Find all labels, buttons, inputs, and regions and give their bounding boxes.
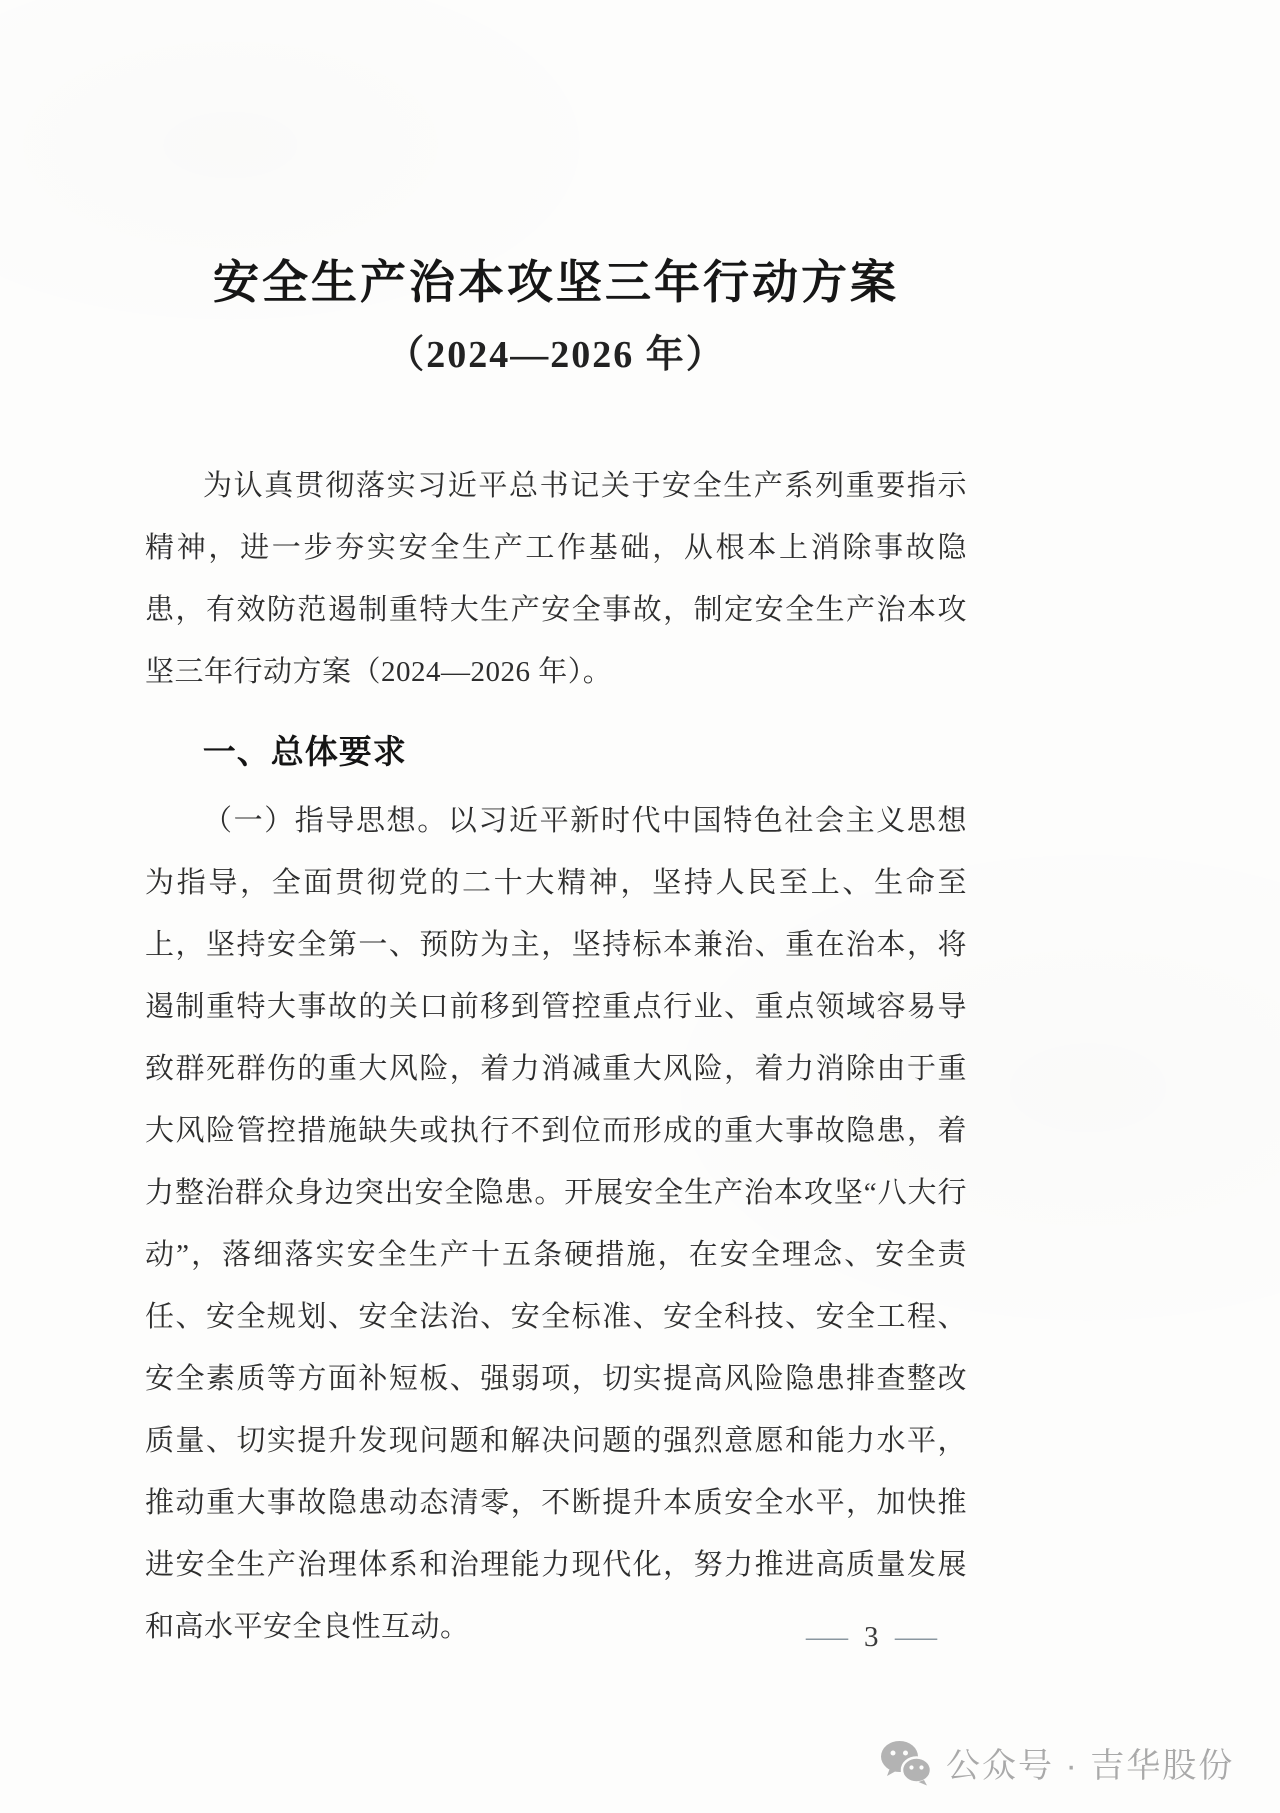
section-heading-overall-requirements: 一、总体要求 bbox=[145, 726, 967, 773]
page-number-value: 3 bbox=[864, 1621, 879, 1654]
guiding-ideology-paragraph: （一）指导思想。以习近平新时代中国特色社会主义思想为指导，全面贯彻党的二十大精神… bbox=[145, 790, 967, 1658]
page-number-right-dash: — bbox=[895, 1620, 937, 1654]
wechat-icon bbox=[880, 1740, 932, 1786]
document-content-column: 安全生产治本攻坚三年行动方案 （2024—2026 年） 为认真贯彻落实习近平总… bbox=[145, 0, 967, 1813]
page-number-left-dash: — bbox=[806, 1620, 848, 1654]
document-subtitle: （2024—2026 年） bbox=[145, 323, 967, 378]
page-number: — 3 — bbox=[812, 1620, 931, 1654]
intro-paragraph: 为认真贯彻落实习近平总书记关于安全生产系列重要指示精神，进一步夯实安全生产工作基… bbox=[145, 455, 967, 703]
watermark-label: 公众号 · 吉华股份 bbox=[946, 1738, 1234, 1787]
watermark-wechat-account: 公众号 · 吉华股份 bbox=[880, 1738, 1234, 1787]
document-page: 安全生产治本攻坚三年行动方案 （2024—2026 年） 为认真贯彻落实习近平总… bbox=[0, 0, 1280, 1813]
document-title: 安全生产治本攻坚三年行动方案 bbox=[145, 246, 967, 312]
